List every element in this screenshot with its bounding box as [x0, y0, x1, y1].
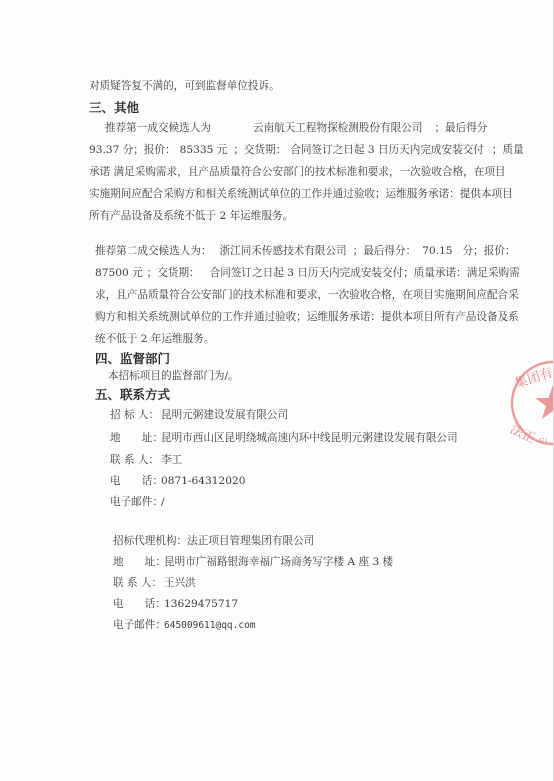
- candidate-1-delivery: 合同签订之日起 3 日历天内完成安装交付: [290, 144, 484, 156]
- tenderer-name-label: 招 标 人：: [110, 408, 161, 422]
- candidate-1-line-5: 所有产品设备及系统不低于 2 年运维服务。: [89, 209, 293, 223]
- agency-contact-label: 联 系 人：: [113, 576, 164, 590]
- tenderer-address-value: 昆明市西山区昆明绕城高速内环中线昆明元粥建设发展有限公司: [161, 432, 458, 444]
- candidate-1-line-2: 93.37 分；报价：85335 元；交货期：合同签订之日起 3 日历天内完成安…: [89, 143, 524, 157]
- supervision-body: 本招标项目的监督部门为/。: [108, 369, 239, 383]
- candidate-1-quality-label: ；质量: [492, 144, 524, 156]
- tenderer-email-row: 电子邮件：/: [110, 495, 165, 509]
- candidate-1-company: 云南航天工程物探检测股份有限公司: [253, 122, 423, 134]
- document-page: 对质疑答复不满的，可到监督单位投诉。 三、其他 推荐第一成交候选人为云南航天工程…: [0, 0, 554, 781]
- candidate-2-line-1: 推荐第二成交候选人为：浙江同禾传感技术有限公司；最后得分：70.15分；报价：: [95, 244, 516, 258]
- candidate-1-line-1: 推荐第一成交候选人为云南航天工程物探检测股份有限公司；最后得分: [105, 121, 487, 135]
- candidate-1-price: 85335 元: [180, 144, 228, 156]
- candidate-1-line-3: 承诺 满足采购需求，且产品质量符合公安部门的技术标准和要求，一次验收合格，在项目: [89, 165, 506, 179]
- tenderer-contact-label: 联 系 人：: [110, 453, 161, 467]
- seal-icon: 集团有 法正 371: [508, 358, 554, 448]
- tenderer-name-value: 昆明元粥建设发展有限公司: [161, 409, 288, 421]
- agency-phone-label: 电 话：: [113, 597, 164, 611]
- candidate-2-delivery-label: ；交货期：: [147, 267, 200, 279]
- candidate-2-line-3: 求，且产品质量符合公安部门的技术标准和要求，一次验收合格，在项目实施期间应配合采: [95, 288, 519, 302]
- candidate-1-score-label: ；最后得分: [434, 122, 487, 134]
- agency-contact-value: 王兴洪: [164, 577, 196, 589]
- agency-phone-value: 13629475717: [164, 598, 238, 610]
- agency-address-row: 地 址：昆明市广福路银海幸福广场商务写字楼 A 座 3 楼: [113, 555, 393, 569]
- tenderer-phone-value: 0871-64312020: [161, 475, 245, 487]
- intro-line: 对质疑答复不满的，可到监督单位投诉。: [89, 79, 280, 93]
- tenderer-email-value: /: [161, 496, 165, 508]
- tenderer-address-row: 地 址：昆明市西山区昆明绕城高速内环中线昆明元粥建设发展有限公司: [110, 431, 458, 445]
- tenderer-phone-row: 电 话：0871-64312020: [110, 474, 245, 488]
- section-heading-contact: 五、联系方式: [95, 387, 170, 403]
- tenderer-phone-label: 电 话：: [110, 474, 161, 488]
- candidate-1-line-4: 实施期间应配合采购方和相关系统测试单位的工作并通过验收；运维服务承诺：提供本项目: [89, 187, 513, 201]
- agency-address-label: 地 址：: [113, 555, 164, 569]
- candidate-2-price-label: 分；报价：: [463, 245, 516, 257]
- tenderer-address-label: 地 址：: [110, 431, 161, 445]
- agency-name-value: 法正项目管理集团有限公司: [187, 535, 314, 547]
- section-heading-other: 三、其他: [89, 100, 139, 116]
- candidate-2-line-5: 统不低于 2 年运维服务。: [95, 332, 214, 346]
- agency-email-value: 645009611@qq.com: [164, 620, 256, 631]
- agency-phone-row: 电 话：13629475717: [113, 597, 238, 611]
- agency-name-label: 招标代理机构：: [113, 535, 187, 547]
- tenderer-contact-value: 李工: [161, 454, 182, 466]
- candidate-2-score: 70.15: [422, 245, 452, 257]
- candidate-2-delivery-rest: 合同签订之日起 3 日历天内完成安装交付；质量承诺：满足采购需: [210, 267, 520, 279]
- svg-text:法正: 法正: [508, 421, 538, 446]
- candidate-1-prefix: 推荐第一成交候选人为: [105, 122, 211, 134]
- agency-email-row: 电子邮件：645009611@qq.com: [113, 618, 256, 633]
- agency-contact-row: 联 系 人：王兴洪: [113, 576, 196, 590]
- candidate-2-prefix: 推荐第二成交候选人为：: [95, 245, 212, 257]
- candidate-2-price: 87500 元: [95, 267, 143, 279]
- agency-name-row: 招标代理机构：法正项目管理集团有限公司: [113, 534, 314, 548]
- company-seal: 集团有 法正 371: [508, 358, 554, 448]
- svg-text:371: 371: [538, 438, 548, 444]
- candidate-2-company: 浙江同禾传感技术有限公司: [220, 245, 347, 257]
- svg-text:集团有: 集团有: [513, 365, 554, 392]
- section-heading-supervision: 四、监督部门: [95, 351, 170, 367]
- agency-address-value: 昆明市广福路银海幸福广场商务写字楼 A 座 3 楼: [164, 556, 393, 568]
- tenderer-name-row: 招 标 人：昆明元粥建设发展有限公司: [110, 408, 288, 422]
- candidate-1-delivery-label: ；交货期：: [233, 144, 286, 156]
- candidate-2-line-4: 购方和相关系统测试单位的工作并通过验收；运维服务承诺：提供本项目所有产品设备及系: [95, 310, 519, 324]
- candidate-2-line-2: 87500 元；交货期：合同签订之日起 3 日历天内完成安装交付；质量承诺：满足…: [95, 266, 520, 280]
- agency-email-label: 电子邮件：: [113, 618, 164, 632]
- tenderer-email-label: 电子邮件：: [110, 495, 161, 509]
- candidate-2-score-label: ；最后得分：: [353, 245, 417, 257]
- tenderer-contact-row: 联 系 人：李工: [110, 453, 182, 467]
- candidate-1-score: 93.37 分；报价：: [89, 144, 176, 156]
